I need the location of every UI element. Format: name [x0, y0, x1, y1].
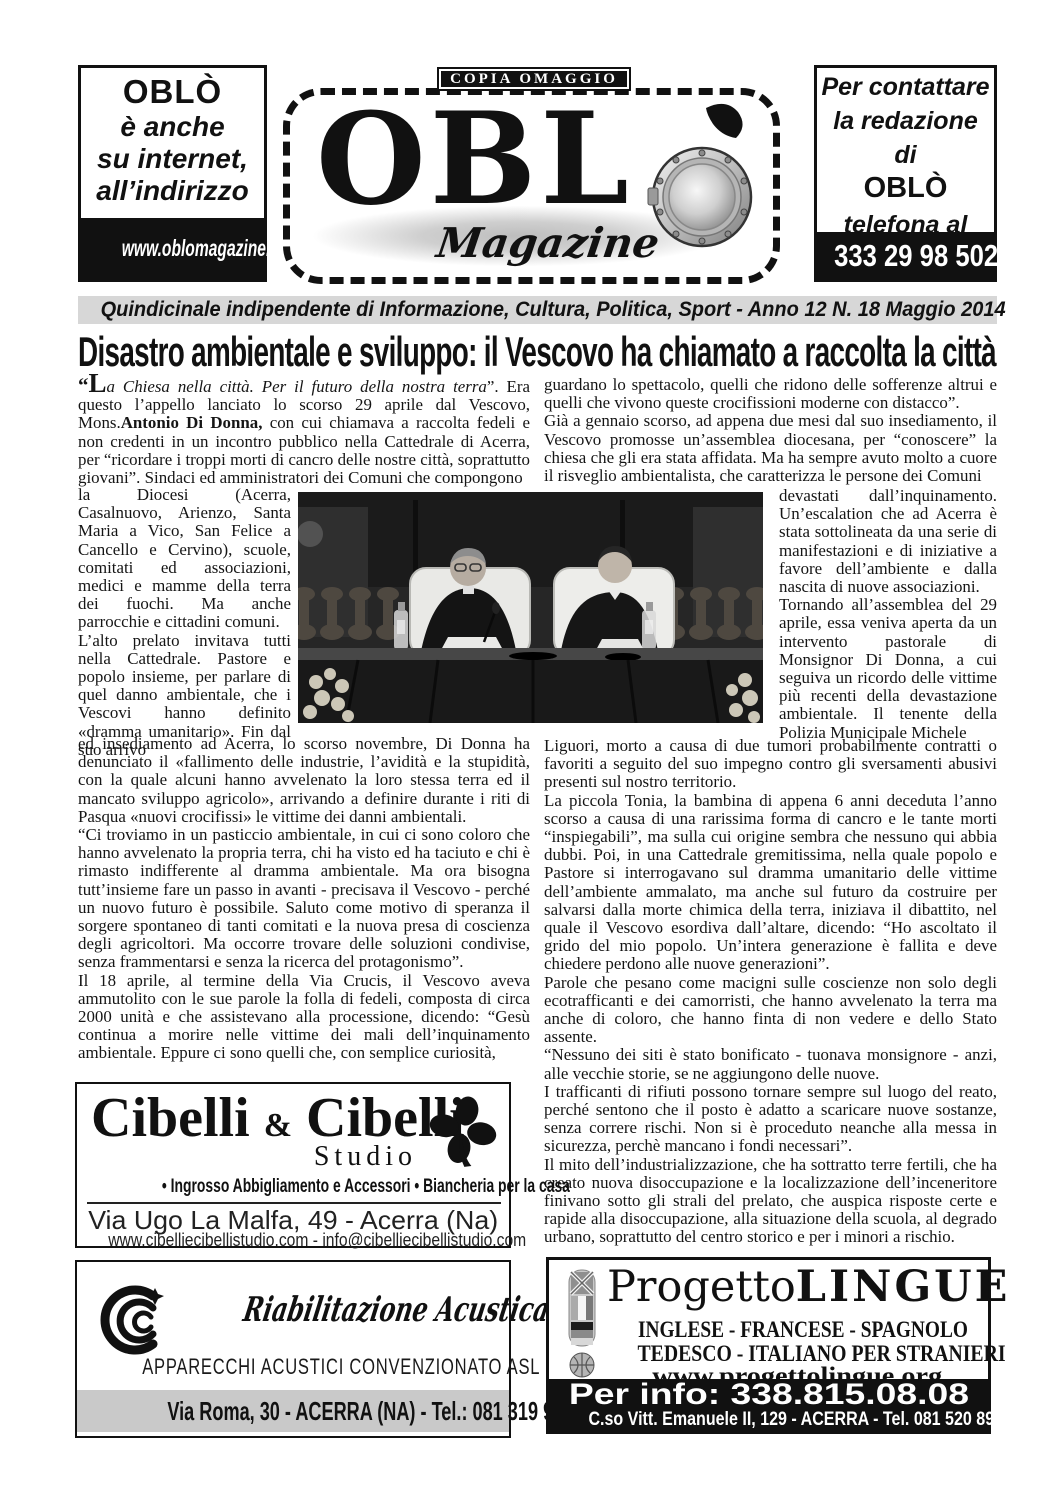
progetto-info-phone: Per info: 338.815.08.08 — [568, 1379, 968, 1411]
logo-magazine-script: Magazine — [405, 219, 692, 267]
drop-cap: L — [89, 368, 107, 398]
ad-riabilitazione-acustica: Riabilitazione Acustica APPARECCHI ACUST… — [75, 1260, 511, 1438]
riabilitazione-address: Via Roma, 30 - ACERRA (NA) - Tel.: 081 3… — [77, 1390, 509, 1432]
cibelli-services: • Ingrosso Abbigliamento e Accessori • B… — [87, 1176, 501, 1204]
logo-wordmark: OBL — [316, 96, 633, 222]
article-right-narrow: devastati dall’inquinamento. Un’escalati… — [779, 487, 997, 742]
website-url: www.oblomagazine.net — [81, 218, 264, 279]
newspaper-front-page: OBLÒ è anche su internet, all’indirizzo … — [0, 0, 1058, 1497]
main-headline: Disastro ambientale e sviluppo: il Vesco… — [78, 328, 998, 376]
copia-omaggio-banner: COPIA OMAGGIO — [437, 67, 631, 91]
article-left-top: “La Chiesa nella città. Per il futuro de… — [78, 376, 530, 487]
flag-exclamation-globe-icon — [559, 1268, 605, 1380]
lead-paragraph: “La Chiesa nella città. Per il futuro de… — [78, 376, 530, 487]
progetto-languages-1: INGLESE - FRANCESE - SPAGNOLO — [607, 1317, 987, 1343]
cibelli-studio-label: Studio — [314, 1141, 417, 1173]
ad-cibelli-studio: Cibelli & Cibelli® Studio • Ingrosso Abb… — [75, 1082, 511, 1248]
progetto-title: Progetto LINGUE — [607, 1262, 987, 1312]
riabilitazione-title: Riabilitazione Acustica — [173, 1290, 500, 1330]
event-photo — [298, 492, 763, 723]
website-promo-box: OBLÒ è anche su internet, all’indirizzo … — [78, 65, 267, 282]
progetto-contact-band: Per info: 338.815.08.08 C.so Vitt. Emanu… — [549, 1379, 988, 1431]
bishop-name: Antonio Di Donna, — [121, 413, 263, 432]
progetto-address: C.so Vitt. Emanuele II, 129 - ACERRA - T… — [588, 1411, 1016, 1429]
article-right-bottom: Liguori, morto a causa di due tumori pro… — [544, 737, 997, 1247]
four-leaf-clover-icon — [429, 1096, 497, 1168]
strapline: Quindicinale indipendente di Informazion… — [78, 296, 997, 324]
phone-number: 333 29 98 502 — [817, 232, 994, 279]
open-quote: “ — [78, 373, 89, 397]
article-left-bottom: ed insediamento ad Acerra, lo scorso nov… — [78, 735, 530, 1063]
riabilitazione-subtitle: APPARECCHI ACUSTICI CONVENZIONATO ASL — [77, 1354, 509, 1380]
article-right-top: guardano lo spettacolo, quelli che ridon… — [544, 376, 997, 485]
cibelli-contacts: www.cibelliecibellistudio.com - info@cib… — [77, 1230, 509, 1251]
ad-progetto-lingue: Progetto LINGUE INGLESE - FRANCESE - SPA… — [546, 1257, 991, 1434]
crescent-arcs-icon — [95, 1282, 173, 1360]
article-left-narrow: la Diocesi (Acerra, Casalnuovo, Arienzo,… — [78, 486, 291, 759]
magazine-name: OBLÒ — [81, 73, 264, 111]
contact-box: Per contattare la redazione di OBLÒ tele… — [814, 65, 997, 282]
